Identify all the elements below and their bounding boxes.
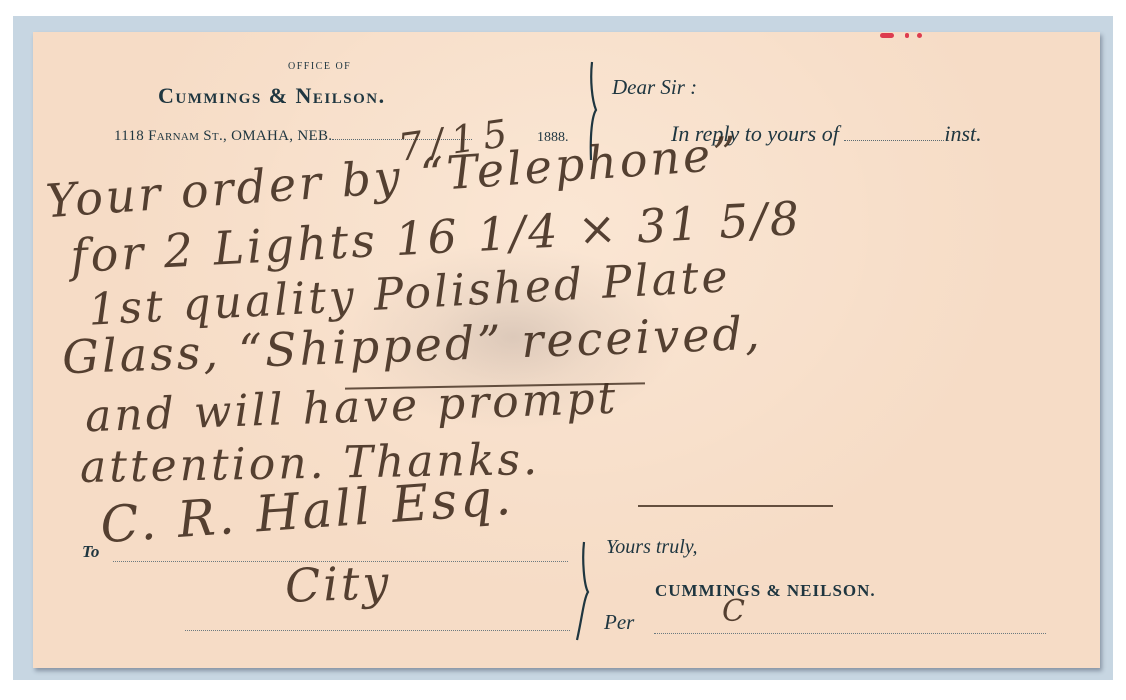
address-number: 1118 <box>114 128 148 144</box>
to-line-2 <box>185 630 570 631</box>
salutation-dear-sir: Dear Sir : <box>612 75 697 100</box>
reply-date-blank <box>844 140 944 141</box>
address-street: Farnam St. <box>148 128 223 144</box>
brace-bottom-icon <box>572 540 596 644</box>
handwritten-per-initial: C <box>722 594 748 629</box>
address-city: , OMAHA, NEB. <box>223 128 332 144</box>
reply-suffix: inst. <box>944 121 981 146</box>
closing-yours-truly: Yours truly, <box>606 536 698 559</box>
to-label: To <box>82 542 99 562</box>
red-ink-mark <box>880 33 894 38</box>
red-ink-mark <box>917 33 922 38</box>
office-of-label: OFFICE OF <box>288 61 351 72</box>
per-label: Per <box>604 610 634 635</box>
letterhead-firm-name: Cummings & Neilson. <box>158 83 386 109</box>
handwritten-underline <box>638 505 833 507</box>
red-ink-mark <box>905 33 909 38</box>
closing-firm-name: CUMMINGS & NEILSON. <box>655 581 876 601</box>
handwritten-recipient-city: City <box>284 555 392 613</box>
per-signature-line <box>654 633 1046 634</box>
